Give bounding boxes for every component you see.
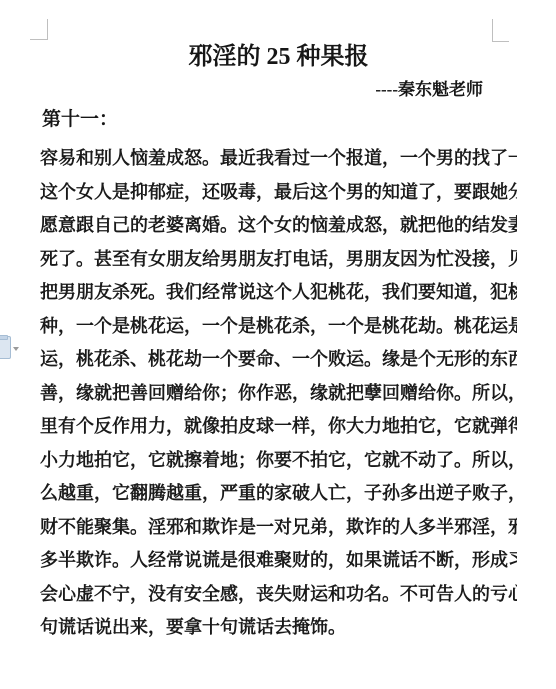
section-heading: 第十一： bbox=[42, 106, 118, 134]
crop-mark-top-left bbox=[30, 19, 48, 40]
clipboard-paste-icon bbox=[0, 336, 11, 359]
body-text-line: 句谎话说出来，要拿十句谎话去掩饰。 bbox=[40, 611, 517, 645]
chevron-down-icon bbox=[13, 347, 19, 351]
body-text-line: 会心虚不宁，没有安全感，丧失财运和功名。不可告人的亏心事，一 bbox=[40, 578, 517, 612]
author-byline: ----秦东魁老师 bbox=[40, 78, 517, 102]
body-text-line: 运，桃花杀、桃花劫一个要命、一个败运。缘是个无形的东西，你行 bbox=[40, 343, 517, 377]
body-text-line: 把男朋友杀死。我们经常说这个人犯桃花，我们要知道，犯桃花分三 bbox=[40, 276, 517, 310]
body-paragraph: 容易和别人恼羞成怒。最近我看过一个报道，一个男的找了一个女人， 这个女人是抑郁症… bbox=[40, 142, 517, 645]
body-text-line: 善，缘就把善回赠给你；你作恶，缘就把孽回赠给你。所以，风水学 bbox=[40, 377, 517, 411]
body-text-line: 小力地拍它，它就擦着地；你要不拍它，它就不动了。所以，你犯什 bbox=[40, 444, 517, 478]
crop-mark-top-right bbox=[492, 19, 509, 42]
body-text-line: 里有个反作用力，就像拍皮球一样，你大力地拍它，它就弹得高；你 bbox=[40, 410, 517, 444]
body-text-line: 死了。甚至有女朋友给男朋友打电话，男朋友因为忙没接，见面都能 bbox=[40, 243, 517, 277]
document-page: 邪淫的 25 种果报 ----秦东魁老师 第十一： 容易和别人恼羞成怒。最近我看… bbox=[0, 0, 556, 689]
body-text-line: 这个女人是抑郁症，还吸毒，最后这个男的知道了，要跟她分手，不 bbox=[40, 176, 517, 210]
body-text-line: 财不能聚集。淫邪和欺诈是一对兄弟，欺诈的人多半邪淫，邪淫的人 bbox=[40, 511, 517, 545]
body-text-line: 愿意跟自己的老婆离婚。这个女的恼羞成怒，就把他的结发妻子给弄 bbox=[40, 209, 517, 243]
body-text-line: 容易和别人恼羞成怒。最近我看过一个报道，一个男的找了一个女人， bbox=[40, 142, 517, 176]
document-title: 邪淫的 25 种果报 bbox=[40, 40, 517, 74]
body-text-line: 种，一个是桃花运，一个是桃花杀，一个是桃花劫。桃花运是正常风 bbox=[40, 310, 517, 344]
paste-options-button[interactable] bbox=[0, 336, 21, 360]
body-text-line: 多半欺诈。人经常说谎是很难聚财的，如果谎话不断，形成习惯，你 bbox=[40, 544, 517, 578]
body-text-line: 么越重，它翻腾越重，严重的家破人亡，子孙多出逆子败子，家庭钱 bbox=[40, 477, 517, 511]
